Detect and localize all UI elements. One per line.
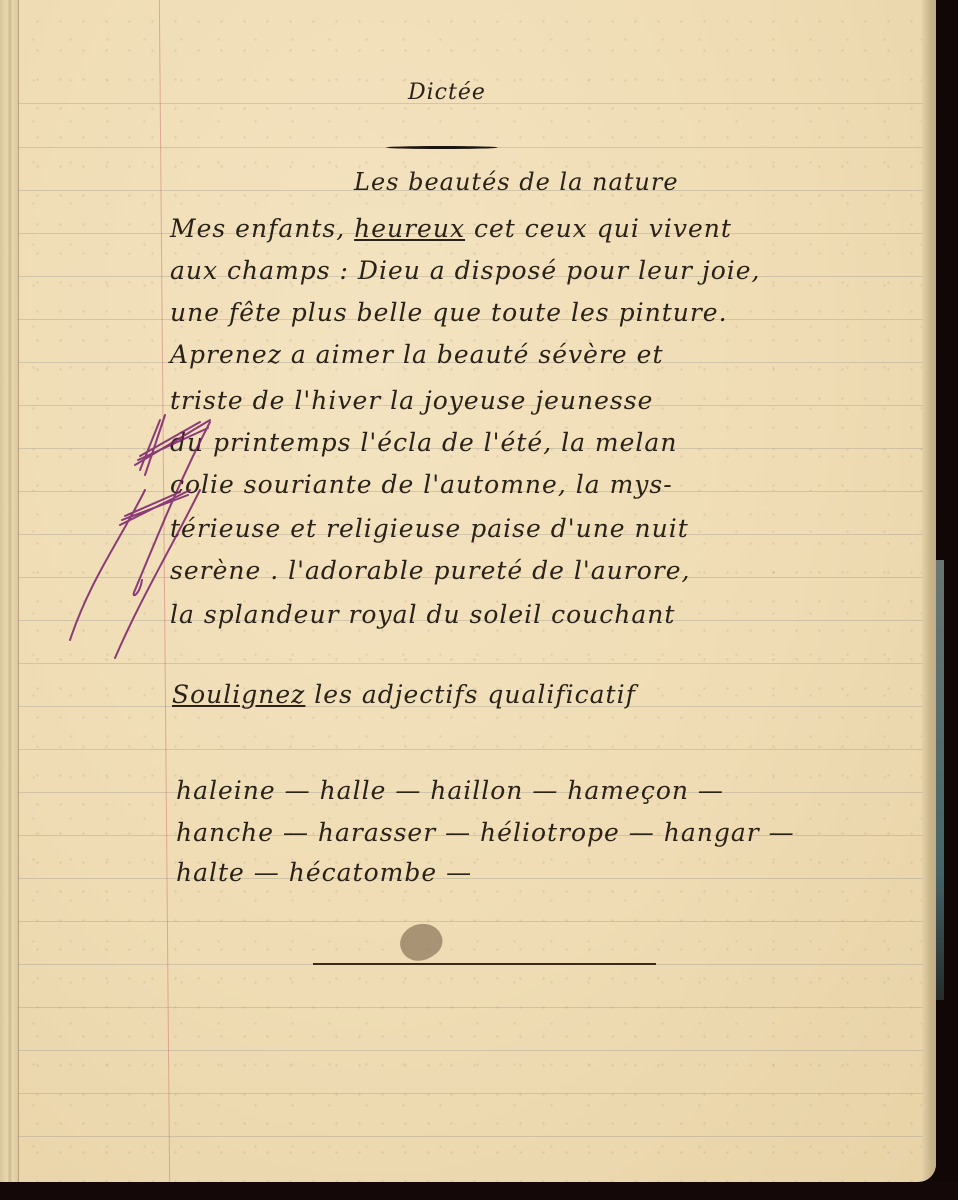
ruled-line [18, 749, 923, 750]
word-list-line-3: halte — hécatombe — [176, 858, 472, 887]
page-left-edge [0, 0, 19, 1182]
ruled-line [18, 1007, 923, 1008]
ruled-line [18, 1136, 923, 1137]
page-right-edge [922, 0, 936, 1182]
ruled-line [18, 921, 923, 922]
exercise-instruction: Soulignez les adjectifs qualificatif [172, 680, 636, 709]
line1-before: Mes enfants, [170, 214, 354, 243]
dictation-line-1: Mes enfants, heureux cet ceux qui vivent [170, 214, 732, 243]
underlined-word: heureux [354, 214, 465, 243]
scan-background [0, 1182, 958, 1200]
line1-after: cet ceux qui vivent [465, 214, 732, 243]
ruled-line [18, 1050, 923, 1051]
word-list-line-1: haleine — halle — haillon — hameçon — [176, 776, 724, 805]
instruction-rest: les adjectifs qualificatif [305, 680, 636, 709]
dictation-subtitle: Les beautés de la nature [354, 168, 679, 196]
dictation-line-2: aux champs : Dieu a disposé pour leur jo… [170, 256, 761, 285]
page-title: Dictée [408, 80, 486, 105]
ruled-line [18, 1093, 923, 1094]
end-rule [313, 963, 656, 965]
title-underline [386, 146, 498, 149]
next-page-edge [936, 560, 944, 1000]
teacher-correction-marks [60, 380, 260, 660]
notebook-page: Dictée Les beautés de la nature Mes enfa… [0, 0, 936, 1182]
ruled-line [18, 663, 923, 664]
dictation-line-3: une fête plus belle que toute les pintur… [170, 298, 728, 327]
instruction-verb: Soulignez [172, 680, 305, 709]
word-list-line-2: hanche — harasser — héliotrope — hangar … [176, 818, 795, 847]
dictation-line-4: Aprenez a aimer la beauté sévère et [170, 340, 663, 369]
